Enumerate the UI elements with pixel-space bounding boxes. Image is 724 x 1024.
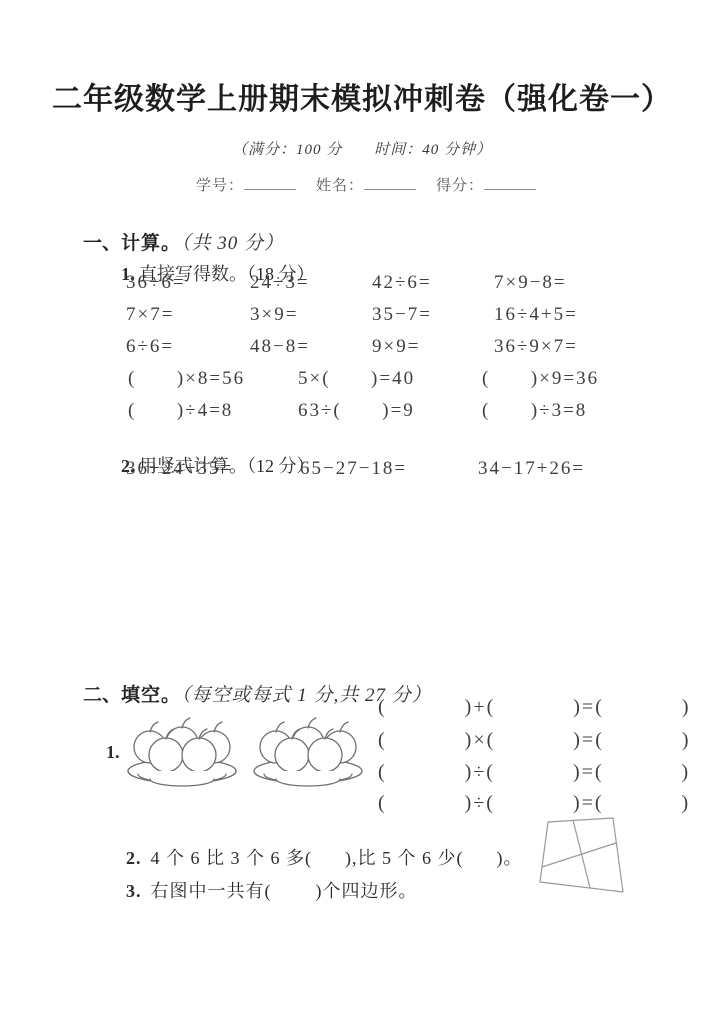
score-label: 得分：: [436, 177, 484, 194]
question-number: 1.: [106, 742, 120, 763]
equation-row: 6÷6= 48−8= 9×9= 36÷9×7=: [126, 336, 578, 358]
question-number: 3.: [126, 881, 142, 901]
section-2-title: 填空。: [121, 685, 181, 706]
apples-illustration: [126, 708, 364, 792]
exam-subtitle: （满分：100 分 时间：40 分钟）: [0, 138, 724, 159]
question-3: 3.右图中一共有( )个四边形。: [104, 856, 418, 924]
question-text: 右图中一共有( )个四边形。: [151, 881, 418, 901]
equation: 9×9=: [372, 336, 494, 358]
equation: 48−8=: [250, 336, 372, 358]
fill-in-equation: ( )÷3=8: [482, 400, 587, 422]
section-2-number: 二、: [83, 685, 121, 706]
equation: 6÷6=: [126, 336, 250, 358]
vertical-form-equation: 36+24+35=: [126, 458, 300, 480]
score-blank: [484, 175, 536, 190]
page-title: 二年级数学上册期末模拟冲刺卷（强化卷一）: [0, 74, 724, 118]
fill-in-equation: ( )×( )=( ): [378, 729, 691, 752]
equation: 42÷6=: [372, 272, 494, 294]
exam-page: 二年级数学上册期末模拟冲刺卷（强化卷一） （满分：100 分 时间：40 分钟）…: [0, 0, 724, 1024]
apple-plate: [128, 718, 236, 786]
student-info-row: 学号：姓名：得分：: [196, 174, 536, 195]
equation: 7×7=: [126, 304, 250, 326]
equation: 3×9=: [250, 304, 372, 326]
equation: 36÷9×7=: [494, 336, 578, 358]
fill-in-equation: 63÷( )=9: [298, 400, 482, 422]
equation-row: ( )÷4=8 63÷( )=9 ( )÷3=8: [128, 400, 587, 422]
equation: 35−7=: [372, 304, 494, 326]
equation-row: 36÷6= 24÷3= 42÷6= 7×9−8=: [126, 272, 567, 294]
student-name-blank: [364, 175, 416, 190]
equation-row: ( )×8=56 5×( )=40 ( )×9=36: [128, 368, 599, 390]
equation: 24÷3=: [250, 272, 372, 294]
fill-in-equation: ( )×8=56: [128, 368, 298, 390]
fill-in-equation: ( )÷4=8: [128, 400, 298, 422]
vertical-form-equation: 65−27−18=: [300, 458, 478, 480]
equation-row: 36+24+35= 65−27−18= 34−17+26=: [126, 458, 585, 480]
fill-in-equation: ( )÷( )=( ): [378, 761, 690, 784]
student-id-blank: [244, 175, 296, 190]
fill-in-equation: 5×( )=40: [298, 368, 482, 390]
apple-plate: [254, 718, 362, 786]
equation: 36÷6=: [126, 272, 250, 294]
equation-row: 7×7= 3×9= 35−7= 16÷4+5=: [126, 304, 578, 326]
student-name-label: 姓名：: [316, 177, 364, 194]
quadrilateral-figure: [528, 806, 652, 908]
vertical-form-equation: 34−17+26=: [478, 458, 585, 480]
equation: 16÷4+5=: [494, 304, 578, 326]
fill-in-equation: ( )+( )=( ): [378, 696, 691, 719]
fill-in-equation: ( )×9=36: [482, 368, 599, 390]
equation: 7×9−8=: [494, 272, 567, 294]
student-id-label: 学号：: [196, 177, 244, 194]
